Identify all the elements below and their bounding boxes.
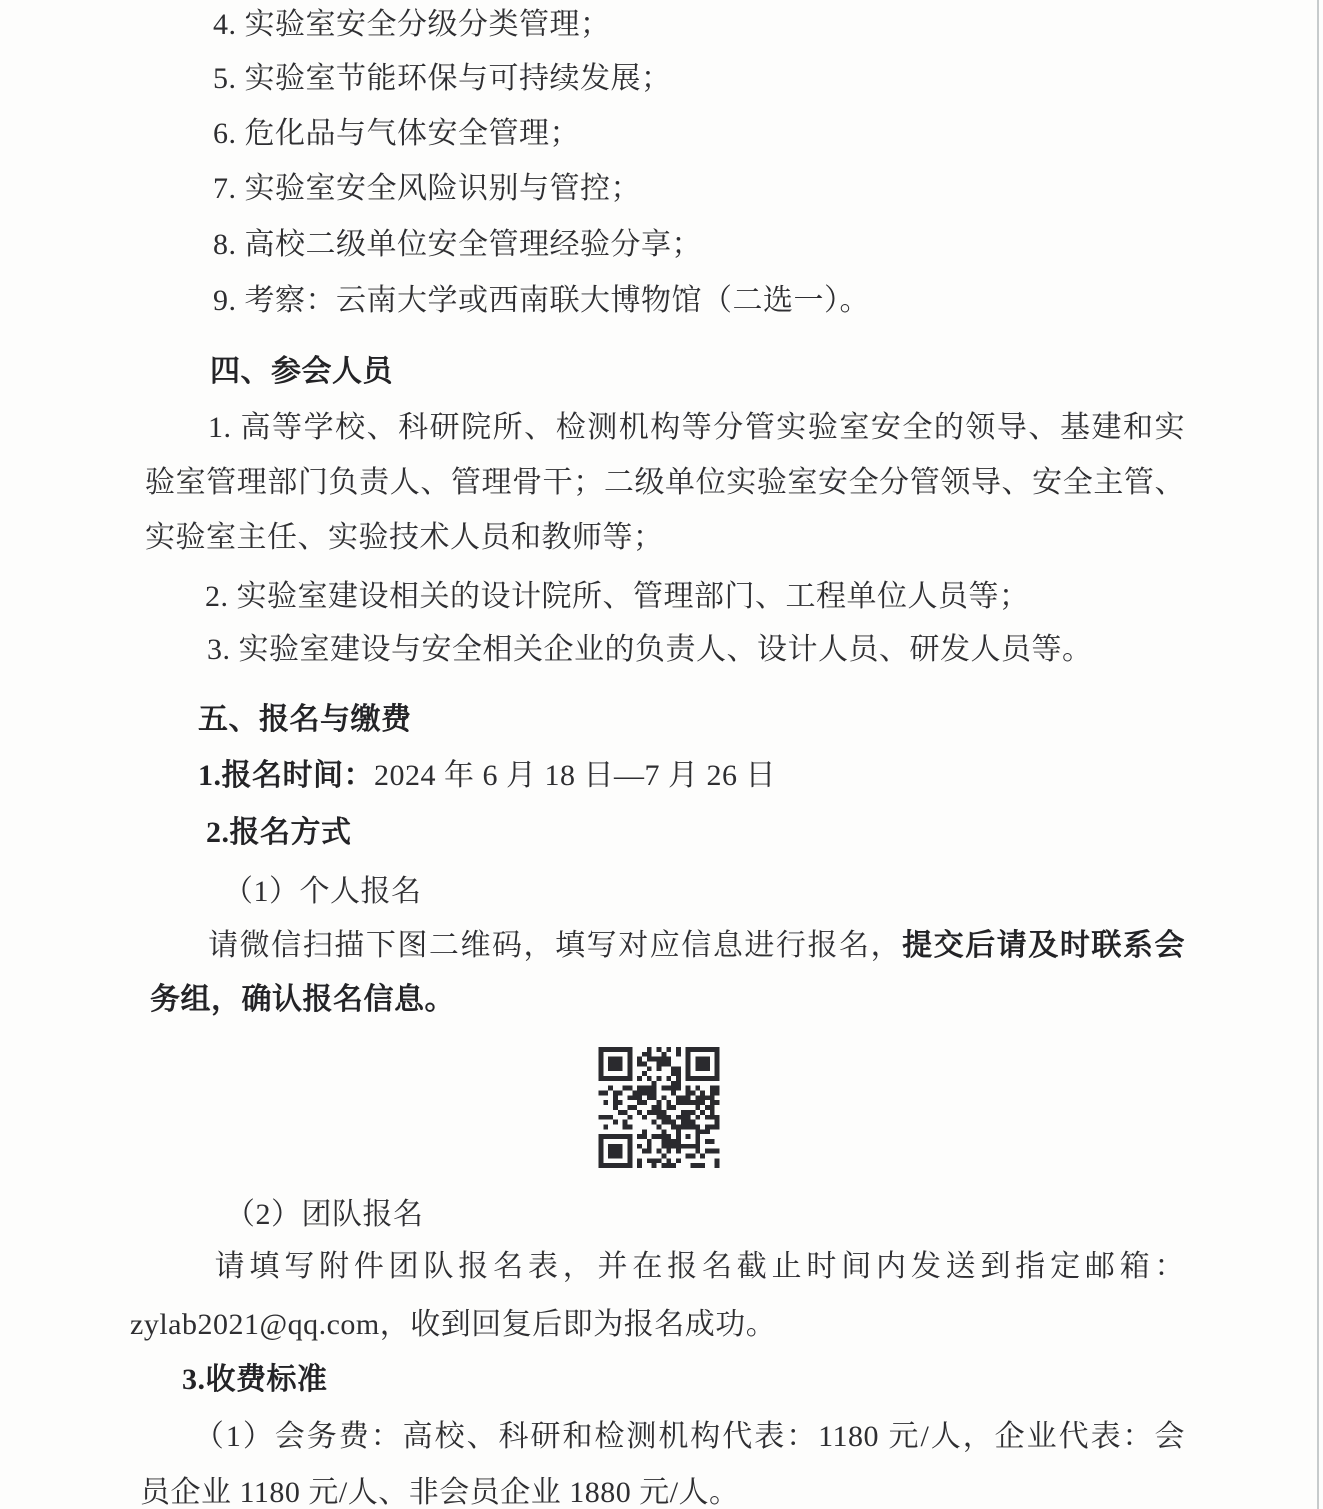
text-segment: 3. 实验室建设与安全相关企业的负责人、设计人员、研发人员等。 (207, 633, 1093, 666)
individual-registration-line-1: 请微信扫描下图二维码，填写对应信息进行报名，提交后请及时联系会 (145, 929, 1185, 963)
participants-item-2: 2. 实验室建设相关的设计院所、管理部门、工程单位人员等； (205, 580, 1030, 614)
agenda-item-8: 8. 高校二级单位安全管理经验分享； (213, 228, 702, 262)
agenda-item-9: 9. 考察：云南大学或西南联大博物馆（二选一）。 (213, 284, 870, 318)
text-segment: zylab2021@qq.com，收到回复后即为报名成功。 (130, 1308, 776, 1341)
text-segment: 2. 实验室建设相关的设计院所、管理部门、工程单位人员等； (205, 580, 1030, 613)
text-segment: 6. 危化品与气体安全管理； (213, 117, 580, 150)
individual-registration-heading: （1）个人报名 (223, 875, 422, 909)
registration-time-line: 1.报名时间：2024 年 6 月 18 日—7 月 26 日 (198, 759, 776, 793)
text-segment: 5. 实验室节能环保与可持续发展； (213, 62, 672, 95)
section-4-heading: 四、参会人员 (210, 355, 393, 389)
qr-code-image (595, 1047, 723, 1168)
bold-text-segment: 提交后请及时联系会 (902, 929, 1185, 962)
bold-text-segment: 四、参会人员 (210, 355, 393, 388)
text-segment: 实验室主任、实验技术人员和教师等； (145, 521, 664, 554)
participants-para-1-line-3: 实验室主任、实验技术人员和教师等； (145, 521, 664, 555)
text-segment: 1. 高等学校、科研院所、检测机构等分管实验室安全的领导、基建和实 (145, 411, 1185, 444)
team-registration-line-1: 请填写附件团队报名表，并在报名截止时间内发送到指定邮箱： (145, 1250, 1185, 1284)
fee-standard-heading: 3.收费标准 (182, 1363, 328, 1397)
text-segment: 2024 年 6 月 18 日—7 月 26 日 (374, 759, 776, 792)
text-segment: （2）团队报名 (225, 1198, 424, 1231)
team-registration-heading: （2）团队报名 (225, 1198, 424, 1232)
section-5-heading: 五、报名与缴费 (198, 703, 412, 737)
fee-line-2: 员企业 1180 元/人、非会员企业 1880 元/人。 (140, 1476, 740, 1509)
agenda-item-4: 4. 实验室安全分级分类管理； (213, 8, 611, 42)
scan-page-edge-line (1317, 0, 1319, 1509)
text-segment: 8. 高校二级单位安全管理经验分享； (213, 228, 702, 261)
text-segment: 请填写附件团队报名表，并在报名截止时间内发送到指定邮箱： (145, 1250, 1185, 1283)
registration-qr-code (595, 1047, 723, 1168)
text-segment: 7. 实验室安全风险识别与管控； (213, 172, 641, 205)
participants-item-3: 3. 实验室建设与安全相关企业的负责人、设计人员、研发人员等。 (207, 633, 1093, 667)
agenda-item-7: 7. 实验室安全风险识别与管控； (213, 172, 641, 206)
text-segment: （1）个人报名 (223, 875, 422, 908)
bold-text-segment: 五、报名与缴费 (198, 703, 412, 736)
text-segment: 员企业 1180 元/人、非会员企业 1880 元/人。 (140, 1476, 740, 1509)
individual-registration-line-2: 务组，确认报名信息。 (150, 983, 455, 1017)
bold-text-segment: 2.报名方式 (206, 816, 352, 849)
text-segment: 9. 考察：云南大学或西南联大博物馆（二选一）。 (213, 284, 870, 317)
text-segment: （1）会务费：高校、科研和检测机构代表：1180 元/人，企业代表：会 (145, 1420, 1185, 1453)
registration-method-heading: 2.报名方式 (206, 816, 352, 850)
agenda-item-6: 6. 危化品与气体安全管理； (213, 117, 580, 151)
text-segment: 4. 实验室安全分级分类管理； (213, 8, 611, 41)
page: 4. 实验室安全分级分类管理；5. 实验室节能环保与可持续发展；6. 危化品与气… (0, 0, 1323, 1509)
bold-text-segment: 1.报名时间： (198, 759, 374, 792)
bold-text-segment: 务组，确认报名信息。 (150, 983, 455, 1016)
text-segment: 请微信扫描下图二维码，填写对应信息进行报名， (145, 929, 902, 962)
bold-text-segment: 3.收费标准 (182, 1363, 328, 1396)
text-segment: 验室管理部门负责人、管理骨干；二级单位实验室安全分管领导、安全主管、 (145, 466, 1185, 499)
participants-para-1-line-1: 1. 高等学校、科研院所、检测机构等分管实验室安全的领导、基建和实 (145, 411, 1185, 445)
fee-line-1: （1）会务费：高校、科研和检测机构代表：1180 元/人，企业代表：会 (145, 1420, 1185, 1454)
team-registration-line-2: zylab2021@qq.com，收到回复后即为报名成功。 (130, 1308, 776, 1342)
agenda-item-5: 5. 实验室节能环保与可持续发展； (213, 62, 672, 96)
participants-para-1-line-2: 验室管理部门负责人、管理骨干；二级单位实验室安全分管领导、安全主管、 (145, 466, 1185, 500)
